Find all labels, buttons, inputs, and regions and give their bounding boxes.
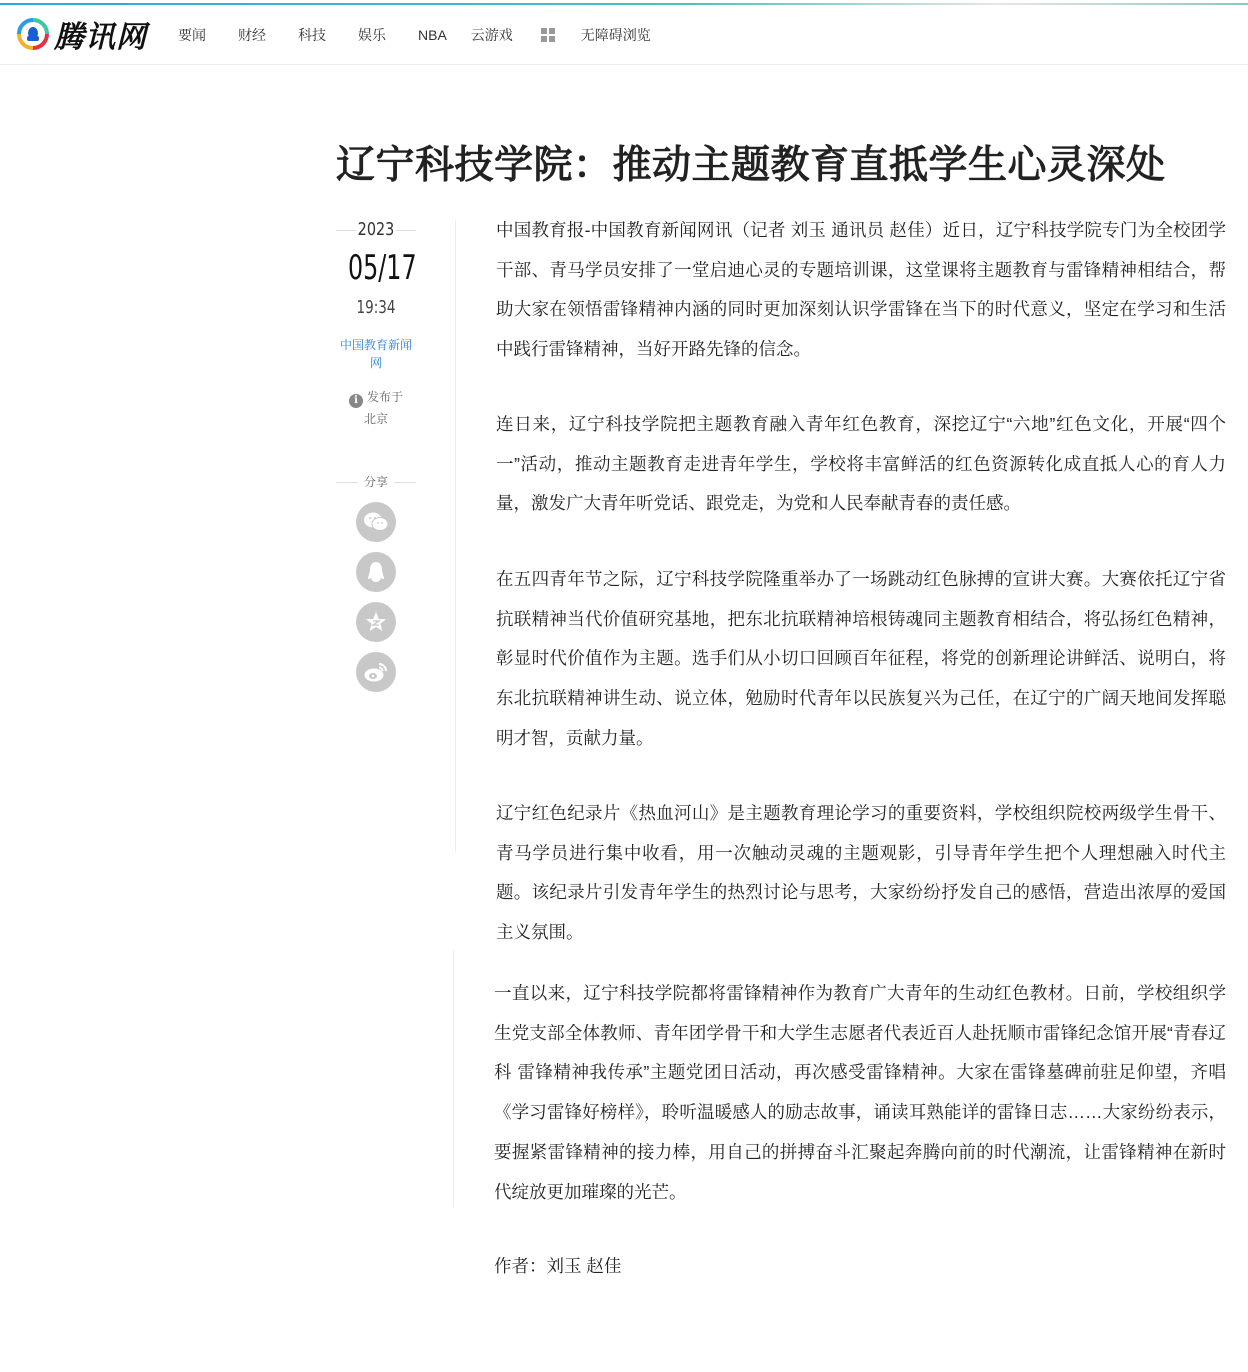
location-value: 北京 [364, 412, 388, 426]
share-qq-button[interactable] [356, 552, 396, 592]
article-paragraph: 在五四青年节之际，辽宁科技学院隆重举办了一场跳动红色脉搏的宣讲大赛。大赛依托辽宁… [496, 560, 1226, 759]
site-logo[interactable]: 腾讯网 [16, 15, 147, 53]
site-header: 腾讯网 要闻 财经 科技 娱乐 NBA 云游戏 无障碍浏览 [0, 5, 1248, 65]
nav-item-nba[interactable]: NBA [418, 27, 447, 43]
article-meta: 2023 05/17 19:34 中国教育新闻网 i发布于 北京 分享 [336, 218, 416, 692]
info-icon: i [349, 394, 363, 408]
nav-item-finance[interactable]: 财经 [238, 25, 266, 45]
share-label: 分享 [364, 475, 388, 489]
article-paragraph: 辽宁红色纪录片《热血河山》是主题教育理论学习的重要资料，学校组织院校两级学生骨干… [496, 794, 1226, 953]
article-author: 作者：刘玉 赵佳 [494, 1247, 621, 1286]
logo-text: 腾讯网 [54, 12, 147, 56]
share-qzone-button[interactable] [356, 602, 396, 642]
main-nav: 要闻 财经 科技 娱乐 NBA 云游戏 无障碍浏览 [178, 5, 683, 65]
meta-divider-lower [453, 950, 454, 1207]
share-weibo-button[interactable] [356, 652, 396, 692]
source-link[interactable]: 中国教育新闻网 [336, 336, 416, 372]
weibo-icon [363, 661, 389, 683]
nav-item-news[interactable]: 要闻 [178, 25, 206, 45]
nav-item-cloud-gaming[interactable]: 云游戏 [471, 25, 513, 45]
grid-icon[interactable] [541, 28, 555, 42]
meta-divider [455, 220, 456, 852]
qzone-star-icon [364, 610, 388, 634]
article-title: 辽宁科技学院：推动主题教育直抵学生心灵深处 [336, 134, 1236, 190]
share-wechat-button[interactable] [356, 502, 396, 542]
tencent-logo-icon [16, 17, 50, 51]
article-paragraph: 中国教育报-中国教育新闻网讯（记者 刘玉 通讯员 赵佳）近日，辽宁科技学院专门为… [496, 211, 1226, 370]
wechat-icon [363, 511, 389, 533]
qq-penguin-icon [366, 560, 386, 584]
share-header: 分享 [336, 472, 416, 492]
nav-item-accessibility[interactable]: 无障碍浏览 [581, 25, 651, 45]
location-label: 发布于 [367, 390, 403, 404]
nav-item-entertainment[interactable]: 娱乐 [358, 25, 386, 45]
article-paragraph: 一直以来，辽宁科技学院都将雷锋精神作为教育广大青年的生动红色教材。日前，学校组织… [494, 974, 1226, 1212]
article-paragraph: 连日来，辽宁科技学院把主题教育融入青年红色教育，深挖辽宁“六地”红色文化，开展“… [496, 405, 1226, 524]
nav-item-tech[interactable]: 科技 [298, 25, 326, 45]
publish-year-row: 2023 [336, 218, 416, 242]
publish-time: 19:34 [346, 296, 406, 320]
publish-date: 05/17 [348, 248, 404, 288]
publish-location: i发布于 北京 [336, 386, 416, 430]
publish-year: 2023 [344, 218, 408, 242]
